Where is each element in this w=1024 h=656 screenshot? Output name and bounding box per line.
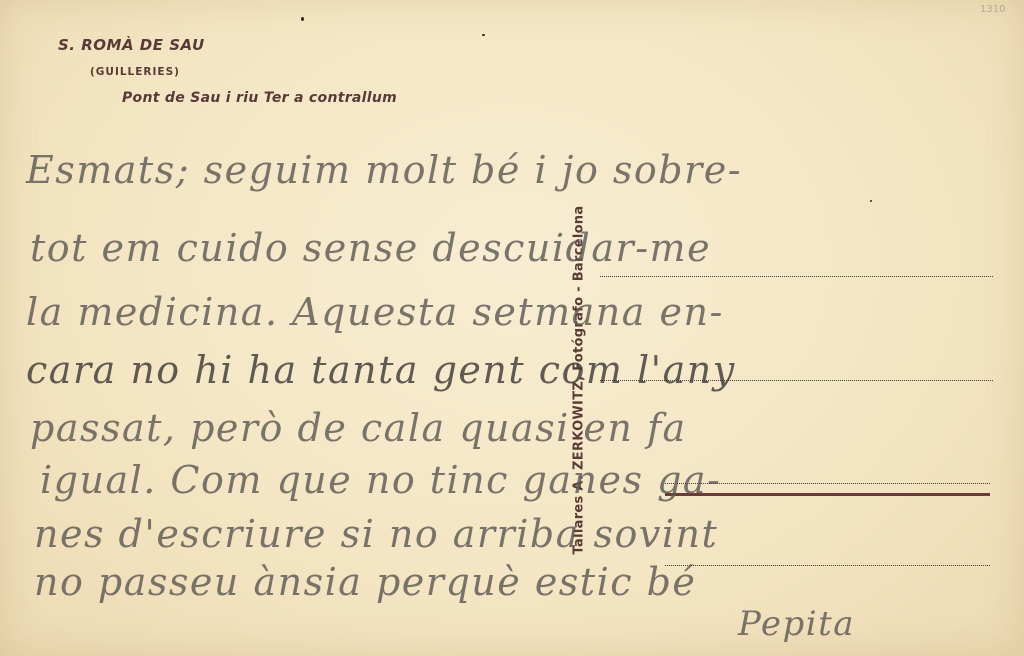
address-line-1 xyxy=(600,276,993,277)
postcard-caption: Pont de Sau i riu Ter a contrallum xyxy=(122,90,397,106)
address-line-4 xyxy=(665,565,990,566)
handwriting-line-7: nes d'escriure si no arriba sovint xyxy=(34,512,718,556)
corner-pencil-note: 1310 xyxy=(980,4,1005,15)
handwriting-line-4: cara no hi ha tanta gent com l'any xyxy=(26,348,736,392)
postcard-subtitle: (GUILLERIES) xyxy=(90,66,180,78)
handwriting-line-3: la medicina. Aquesta setmana en- xyxy=(26,290,724,334)
handwriting-line-5: passat, però de cala quasi en fa xyxy=(30,406,687,450)
handwriting-line-6: igual. Com que no tinc ganes ga- xyxy=(40,458,721,502)
paper-speck xyxy=(870,200,872,202)
handwriting-line-2: tot em cuido sense descuidar-me xyxy=(30,226,711,270)
paper-speck xyxy=(482,34,485,36)
postcard-back: 1310 S. ROMÀ DE SAU (GUILLERIES) Pont de… xyxy=(0,0,1024,656)
handwriting-line-8: no passeu ànsia perquè estic bé xyxy=(34,560,696,604)
postcard-title: S. ROMÀ DE SAU xyxy=(58,36,205,54)
handwriting-line-1: Esmats; seguim molt bé i jo sobre- xyxy=(26,148,742,192)
paper-speck xyxy=(301,17,304,21)
signature: Pepita xyxy=(738,604,855,644)
